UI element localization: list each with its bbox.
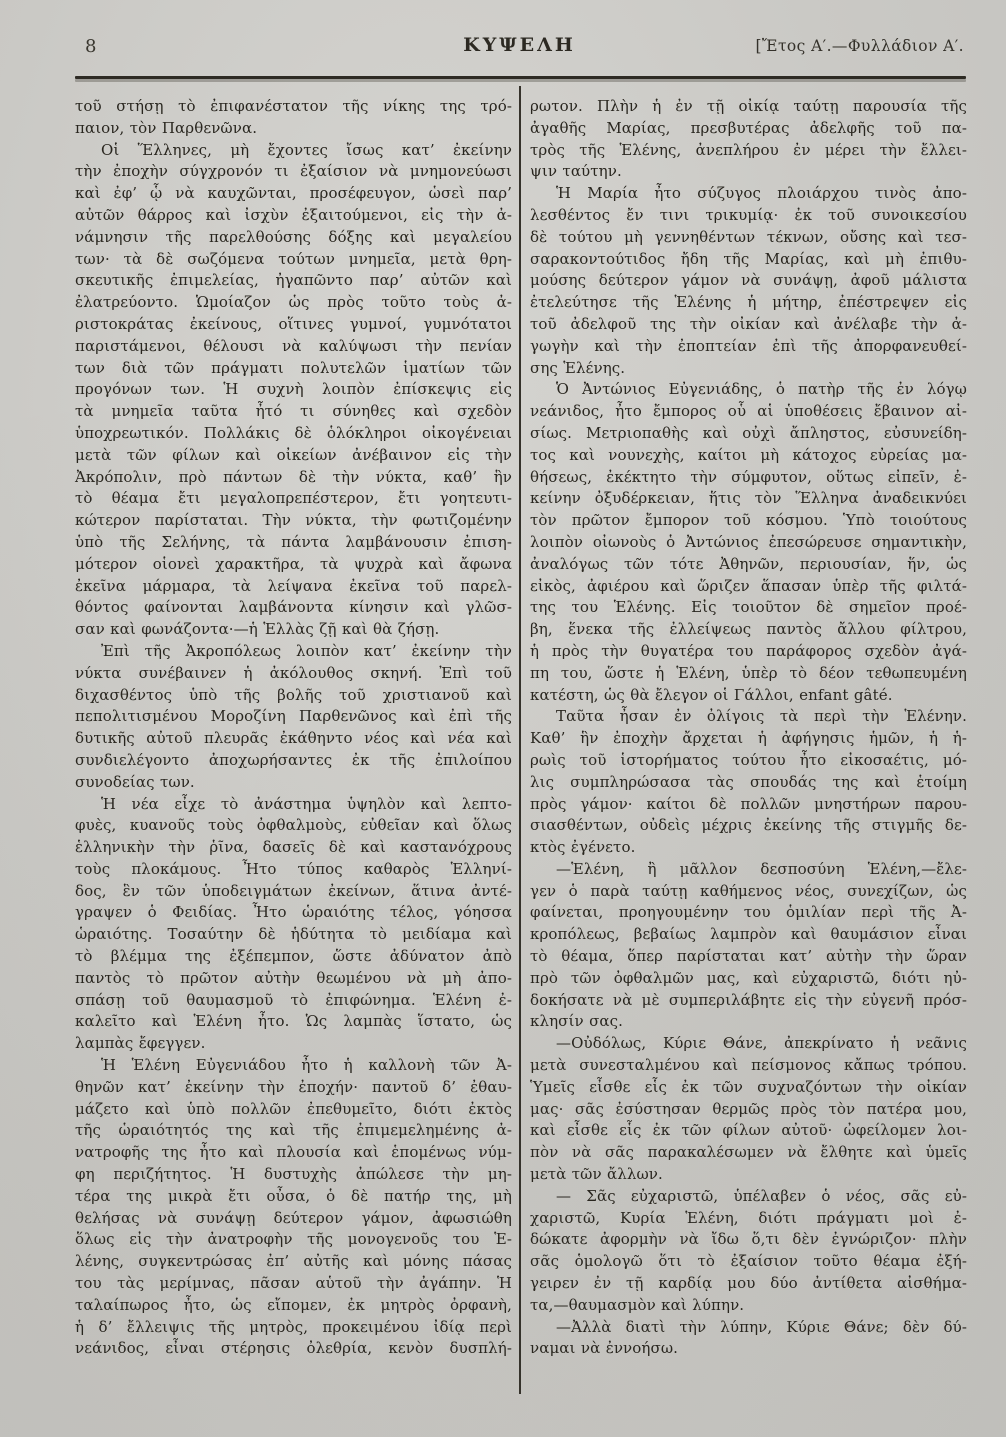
paragraph: Ἡ Ἑλένη Εὐγενιάδου ἦτο ἡ καλλονὴ τῶν Ἀ-θ… [75, 1055, 512, 1360]
paragraph: Ταῦτα ἦσαν ἐν ὀλίγοις τὰ περὶ τὴν Ἑλένην… [530, 706, 967, 859]
text-line: εἰκὸς, ἀφιέρου καὶ ὥριζεν ἅπασαν ὑπὲρ τῆ… [530, 576, 967, 598]
text-line: φη περιζήτητος. Ἡ δυστυχὴς ἀπώλεσε τὴν μ… [75, 1164, 512, 1186]
text-line: δος, ἓν τῶν ὑποδειγμάτων ἐκείνων, ἅτινα … [75, 881, 512, 903]
text-line: γραψεν ὁ Φειδίας. Ἦτο ὡραιότης τέλος, γό… [75, 902, 512, 924]
text-line: νεάνιδος, ἦτο ἔμπορος οὗ αἱ ὑποθέσεις ἔβ… [530, 401, 967, 423]
text-line: μετὰ τῶν φίλων καὶ οἰκείων ἀνέβαινον εἰς… [75, 445, 512, 467]
text-line: κείνην ὀξυδέρκειαν, ἥτις τὸν Ἕλληνα ἀναδ… [530, 488, 967, 510]
issue-info: [Ἔτος Α′.—Φυλλάδιον Α′. [755, 37, 964, 55]
text-line: διχασθέντος ὑπὸ τῆς βολῆς τοῦ χριστιανοῦ… [75, 685, 512, 707]
text-line: τῆς ὡραιότητός της καὶ τῆς ἐπιμεμελημένη… [75, 1120, 512, 1142]
text-line: κώτερον παρίσταται. Τὴν νύκτα, τὴν φωτιζ… [75, 510, 512, 532]
text-line: τὰ μνημεῖα ταῦτα ἦτό τι σύνηθες καὶ σχεδ… [75, 401, 512, 423]
text-line: τὸν πρῶτον ἔμπορον τοῦ κόσμου. Ὑπὸ τοιού… [530, 510, 967, 532]
text-line: καὶ ἐφ’ ᾧ νὰ καυχῶνται, προσέφευγον, ὡσε… [75, 183, 512, 205]
text-line: κτὸς ἐγένετο. [530, 837, 967, 859]
text-line: μότερον οἱονεὶ χαρακτῆρα, τὰ ψυχρὰ καὶ ἄ… [75, 554, 512, 576]
text-line: νάμνησιν τῆς παρελθούσης δόξης καὶ μεγαλ… [75, 227, 512, 249]
text-line: παριστάμενοι, θέλουσι νὰ καλύψωσι τὴν πε… [75, 336, 512, 358]
text-line: —Οὐδόλως, Κύριε Θάνε, ἀπεκρίνατο ἡ νεᾶνι… [530, 1033, 967, 1055]
text-line: Καθ’ ἣν ἐποχὴν ἄρχεται ἡ ἀφήγησις ἡμῶν, … [530, 728, 967, 750]
text-line: λις συμπληρώσασα τὰς σπουδάς της καὶ ἑτο… [530, 772, 967, 794]
paragraph: Ὁ Ἀντώνιος Εὐγενιάδης, ὁ πατὴρ τῆς ἐν λό… [530, 379, 967, 706]
text-line: πρὸς γάμον· καίτοι δὲ πολλῶν μνηστήρων π… [530, 794, 967, 816]
text-line: παντὸς τὸ πρῶτον αὐτὴν θεωμένου νὰ μὴ ἀπ… [75, 968, 512, 990]
text-line: δυτικῆς αὐτοῦ πλευρᾶς ἐκάθηντο νέος καὶ … [75, 728, 512, 750]
text-line: τὸ θέαμα ἔτι μεγαλοπρεπέστερον, ἔτι γοητ… [75, 488, 512, 510]
text-line: ὑπὸ τῆς Σελήνης, τὰ πάντα λαμβάνουσιν ἐπ… [75, 532, 512, 554]
text-line: συνδιελέγοντο ἀποχωρήσαντες ἐκ τῆς ἐπιλο… [75, 750, 512, 772]
text-line: ναμαι νὰ ἐννοήσω. [530, 1338, 967, 1360]
column-divider [519, 86, 521, 1394]
text-line: τὸ θέαμα, ὅπερ παρίσταται κατ’ αὐτὴν τὴν… [530, 946, 967, 968]
text-line: γεν ὁ παρὰ ταύτῃ καθήμενος νέος, συνεχίζ… [530, 881, 967, 903]
text-line: ἑλληνικὴν τὴν ῥῖνα, δασεῖς δὲ καὶ κασταν… [75, 837, 512, 859]
text-line: νατροφῆς της ἦτο καὶ πλουσία καὶ ἑπομένω… [75, 1142, 512, 1164]
text-line: τρὸς τῆς Ἑλένης, ἀνεπλήρου ἐν μέρει τὴν … [530, 140, 967, 162]
text-line: τέρα της μικρὰ ἔτι οὖσα, ὁ δὲ πατήρ της,… [75, 1186, 512, 1208]
text-line: Ἡ Ἑλένη Εὐγενιάδου ἦτο ἡ καλλονὴ τῶν Ἀ- [75, 1055, 512, 1077]
text-line: Ταῦτα ἦσαν ἐν ὀλίγοις τὰ περὶ τὴν Ἑλένην… [530, 706, 967, 728]
text-line: τα,—θαυμασμὸν καὶ λύπην. [530, 1295, 967, 1317]
text-line: ριστοκράτας ἐκείνους, οἵτινες γυμνοί, γυ… [75, 314, 512, 336]
text-line: Ὑμεῖς εἶσθε εἷς ἐκ τῶν συχναζόντων τὴν ο… [530, 1077, 967, 1099]
text-line: — Σᾶς εὐχαριστῶ, ὑπέλαβεν ὁ νέος, σᾶς εὐ… [530, 1186, 967, 1208]
text-line: θήσεως, ἐκέκτητο τὴν σύμφυτον, οὕτως εἰπ… [530, 467, 967, 489]
text-line: σκευτικῆς ἐπιμελείας, ἠγαπῶντο παρ’ αὐτῶ… [75, 270, 512, 292]
paragraph: ρωτον. Πλὴν ἡ ἐν τῇ οἰκίᾳ ταύτῃ παρουσία… [530, 96, 967, 183]
text-line: λεσθέντος ἔν τινι τρικυμίᾳ· ἐκ τοῦ συνοι… [530, 205, 967, 227]
text-line: Οἱ Ἕλληνες, μὴ ἔχοντες ἴσως κατ’ ἐκείνην [75, 140, 512, 162]
text-line: μετὰ τῶν ἄλλων. [530, 1164, 967, 1186]
text-line: θόντος φαίνονται λαμβάνοντα κίνησιν καὶ … [75, 597, 512, 619]
text-line: φυὲς, κυανοῦς τοὺς ὀφθαλμοὺς, εὐθεῖαν κα… [75, 815, 512, 837]
text-line: γωγὴν καὶ τὴν ἐποπτείαν ἐπὶ τῆς ἀπορφανε… [530, 336, 967, 358]
text-line: προγόνων των. Ἡ συχνὴ λοιπὸν ἐπίσκεψις ε… [75, 379, 512, 401]
text-line: Ἡ νέα εἶχε τὸ ἀνάστημα ὑψηλὸν καὶ λεπτο- [75, 794, 512, 816]
text-line: πεπολιτισμένου Μοροζίνη Παρθενῶνος καὶ ἐ… [75, 706, 512, 728]
text-line: σαν καὶ φωνάζοντα·—ἡ Ἑλλὰς ζῇ καὶ θὰ ζήσ… [75, 619, 512, 641]
text-line: νεάνιδος, εἶναι στέρησις ὀλεθρία, κενὸν … [75, 1338, 512, 1360]
text-line: παιον, τὸν Παρθενῶνα. [75, 118, 512, 140]
text-line: σαρακοντούτιδος ἤδη τῆς Μαρίας, καὶ μὴ ἐ… [530, 249, 967, 271]
text-line: ἐκεῖνα μάρμαρα, τὰ λείψανα ἐκεῖνα τοῦ πα… [75, 576, 512, 598]
text-line: μετὰ συνεσταλμένου καὶ πείσμονος κἄπως τ… [530, 1055, 967, 1077]
text-line: πη του, ὥστε ἡ Ἑλένη, ὑπὲρ τὸ δέον τεθωπ… [530, 663, 967, 685]
paragraph: Οἱ Ἕλληνες, μὴ ἔχοντες ἴσως κατ’ ἐκείνην… [75, 140, 512, 641]
text-line: ἐλατρεύοντο. Ὡμοίαζον ὡς πρὸς τοῦτο τοὺς… [75, 292, 512, 314]
text-line: πρὸ τῶν ὀφθαλμῶν μας, καὶ εὐχαριστῶ, διό… [530, 968, 967, 990]
text-line: Ἡ Μαρία ἦτο σύζυγος πλοιάρχου τινὸς ἀπο- [530, 183, 967, 205]
text-line: μάζετο καὶ ὑπὸ πολλῶν ἐπεθυμεῖτο, διότι … [75, 1099, 512, 1121]
text-line: σπάσῃ τοῦ θαυμασμοῦ τὸ ἐπιφώνημα. Ἑλένη … [75, 990, 512, 1012]
left-column: τοῦ στήσῃ τὸ ἐπιφανέστατον τῆς νίκης της… [75, 96, 512, 1360]
text-line: ἡ δ’ ἔλλειψις τῆς μητρὸς, προκειμένου ἰδ… [75, 1317, 512, 1339]
text-line: τος καὶ νουνεχὴς, καίτοι μὴ κάτοχος εὐρε… [530, 445, 967, 467]
scanned-periodical-page: 8 ΚΥΨΕΛΗ [Ἔτος Α′.—Φυλλάδιον Α′. τοῦ στή… [0, 0, 1006, 1437]
right-column: ρωτον. Πλὴν ἡ ἐν τῇ οἰκίᾳ ταύτῃ παρουσία… [530, 96, 967, 1360]
text-line: γειρεν ἐν τῇ καρδίᾳ μου δύο ἀντίθετα αἰσ… [530, 1273, 967, 1295]
text-line: της του Ἑλένης. Εἰς τοιοῦτον δὲ σημεῖον … [530, 597, 967, 619]
text-line: λοιπὸν οἰωνοὺς ὁ Ἀντώνιος ἐπεσώρευσε σημ… [530, 532, 967, 554]
text-line: ρωὶς τοῦ ἱστορήματος τούτου ἦτο εἰκοσαέτ… [530, 750, 967, 772]
text-line: τοῦ ἀδελφοῦ της τὴν οἰκίαν καὶ ἀνέλαβε τ… [530, 314, 967, 336]
text-line: Ἐπὶ τῆς Ἀκροπόλεως λοιπὸν κατ’ ἐκείνην τ… [75, 641, 512, 663]
text-line: ψιν ταύτην. [530, 161, 967, 183]
paragraph: —Οὐδόλως, Κύριε Θάνε, ἀπεκρίνατο ἡ νεᾶνι… [530, 1033, 967, 1186]
text-line: δώκατε ἀφορμὴν νὰ ἴδω ὅ,τι δὲν ἐγνώριζον… [530, 1229, 967, 1251]
text-line: ταλαίπωρος ἦτο, ὡς εἴπομεν, ἐκ μητρὸς ὀρ… [75, 1295, 512, 1317]
text-line: συνοδείας των. [75, 772, 512, 794]
paragraph: τοῦ στήσῃ τὸ ἐπιφανέστατον τῆς νίκης της… [75, 96, 512, 140]
text-line: νύκτα συνέβαινεν ἡ ἀκόλουθος σκηνή. Ἐπὶ … [75, 663, 512, 685]
text-line: μούσης δεύτερον γάμον νὰ συνάψῃ, ἀφοῦ μά… [530, 270, 967, 292]
text-line: καὶ εἶσθε εἷς ἐκ τῶν φίλων αὐτοῦ· ὠφείλο… [530, 1120, 967, 1142]
text-line: κατέστη, ὡς θὰ ἔλεγον οἱ Γάλλοι, enfant … [530, 685, 967, 707]
text-line: αὐτῶν θάρρος καὶ ἰσχὺν ἐξαιτούμενοι, εἰς… [75, 205, 512, 227]
text-line: λαμπὰς ἔφεγγεν. [75, 1033, 512, 1055]
masthead: 8 ΚΥΨΕΛΗ [Ἔτος Α′.—Φυλλάδιον Α′. [75, 30, 964, 70]
text-line: ἀγαθῆς Μαρίας, πρεσβυτέρας ἀδελφῆς τοῦ π… [530, 118, 967, 140]
text-line: Ἀκρόπολιν, πρὸ πάντων δὲ τὴν νύκτα, καθ’… [75, 467, 512, 489]
paragraph: Ἡ Μαρία ἦτο σύζυγος πλοιάρχου τινὸς ἀπο-… [530, 183, 967, 379]
text-line: τὸ βλέμμα της ἐξέπεμπον, ὥστε ἀδύνατον ἀ… [75, 946, 512, 968]
paragraph: — Σᾶς εὐχαριστῶ, ὑπέλαβεν ὁ νέος, σᾶς εὐ… [530, 1186, 967, 1317]
text-line: κροπόλεως, βεβαίως λαμπρὸν καὶ θαυμάσιον… [530, 924, 967, 946]
text-line: χαριστῶ, Κυρία Ἑλένη, διότι πράγματι μοὶ… [530, 1208, 967, 1230]
text-line: σιασθέντων, οὐδεὶς μέχρις ἐκείνης τῆς στ… [530, 815, 967, 837]
text-line: τὴν ἐποχὴν σύγχρονόν τι ἐξαίσιον νὰ μνημ… [75, 161, 512, 183]
text-line: θηνῶν κατ’ ἐκείνην τὴν ἐποχήν· παντοῦ δ’… [75, 1077, 512, 1099]
text-line: —Ἀλλὰ διατὶ τὴν λύπην, Κύριε Θάνε; δὲν δ… [530, 1317, 967, 1339]
text-line: τοῦ στήσῃ τὸ ἐπιφανέστατον τῆς νίκης της… [75, 96, 512, 118]
text-line: —Ἑλένη, ἢ μᾶλλον δεσποσύνη Ἑλένη,—ἔλε- [530, 859, 967, 881]
text-line: λένης, συγκεντρώσας ἐπ’ αὐτῆς καὶ μόνης … [75, 1251, 512, 1273]
text-line: μας· σᾶς ἐσύστησαν θερμῶς πρὸς τὸν πατέρ… [530, 1099, 967, 1121]
text-line: Ὁ Ἀντώνιος Εὐγενιάδης, ὁ πατὴρ τῆς ἐν λό… [530, 379, 967, 401]
text-line: ὡραιότης. Τοσαύτην δὲ ἡδύτητα τὸ μειδίαμ… [75, 924, 512, 946]
text-line: του τὰς μερίμνας, πᾶσαν αὑτοῦ τὴν ἀγάπην… [75, 1273, 512, 1295]
text-line: ἀναλόγως τῶν τότε Ἀθηνῶν, περιουσίαν, ἥν… [530, 554, 967, 576]
text-line: ἐτελεύτησε τῆς Ἑλένης ἡ μήτηρ, ἐπέστρεψε… [530, 292, 967, 314]
text-line: σᾶς ὁμολογῶ ὅτι τὸ ἐξαίσιον τοῦτο θέαμα … [530, 1251, 967, 1273]
text-line: βη, ἕνεκα τῆς ἐλλείψεως παντὸς ἄλλου φίλ… [530, 619, 967, 641]
paragraph: Ἡ νέα εἶχε τὸ ἀνάστημα ὑψηλὸν καὶ λεπτο-… [75, 794, 512, 1056]
text-line: ρωτον. Πλὴν ἡ ἐν τῇ οἰκίᾳ ταύτῃ παρουσία… [530, 96, 967, 118]
text-line: καλεῖτο καὶ Ἑλένη ἦτο. Ὡς λαμπὰς ἵστατο,… [75, 1011, 512, 1033]
text-line: ἡ πρὸς τὴν θυγατέρα του παράφορος σχεδὸν… [530, 641, 967, 663]
text-line: των· τὰ δὲ σωζόμενα τούτων μνημεῖα, μετὰ… [75, 249, 512, 271]
header-rule [75, 76, 966, 79]
text-line: κλησίν σας. [530, 1011, 967, 1033]
text-line: ὑποχρεωτικόν. Πολλάκις δὲ ὁλόκληροι οἰκο… [75, 423, 512, 445]
paragraph: —Ἀλλὰ διατὶ τὴν λύπην, Κύριε Θάνε; δὲν δ… [530, 1317, 967, 1361]
paragraph: Ἐπὶ τῆς Ἀκροπόλεως λοιπὸν κατ’ ἐκείνην τ… [75, 641, 512, 794]
text-line: σης Ἑλένης. [530, 358, 967, 380]
text-line: θελήσας νὰ συνάψῃ δεύτερον γάμον, ἀφωσιώ… [75, 1208, 512, 1230]
text-line: πὸν νὰ σᾶς παρακαλέσωμεν νὰ ἔλθητε καὶ ὑ… [530, 1142, 967, 1164]
text-line: δοκήσατε νὰ μὲ συμπεριλάβητε εἰς τὴν εὐγ… [530, 990, 967, 1012]
text-line: ὅλως εἰς τὴν ἀνατροφὴν τῆς μονογενοῦς το… [75, 1229, 512, 1251]
paragraph: —Ἑλένη, ἢ μᾶλλον δεσποσύνη Ἑλένη,—ἔλε-γε… [530, 859, 967, 1033]
text-line: των διὰ τῶν πράγματι πολυτελῶν ἱματίων τ… [75, 358, 512, 380]
text-line: φαίνεται, προηγουμένην του ὁμιλίαν περὶ … [530, 902, 967, 924]
text-line: σίως. Μετριοπαθὴς καὶ οὐχὶ ἄπληστος, εὐσ… [530, 423, 967, 445]
text-line: τοὺς πλοκάμους. Ἦτο τύπος καθαρὸς Ἑλληνί… [75, 859, 512, 881]
text-line: δὲ τούτου μὴ γεννηθέντων τέκνων, οὔσης κ… [530, 227, 967, 249]
